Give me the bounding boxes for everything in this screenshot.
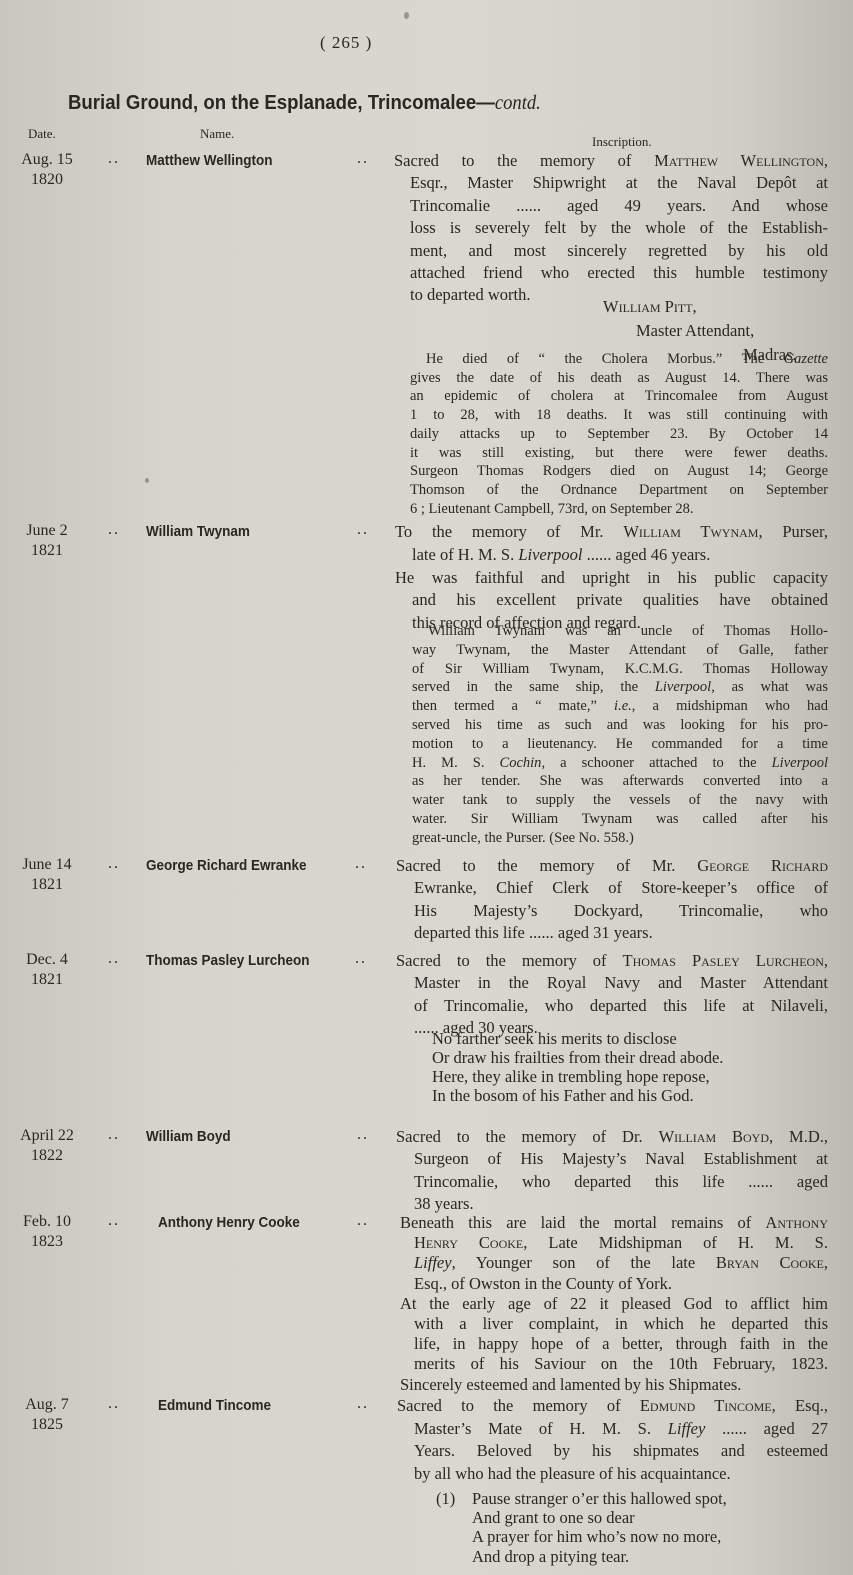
- paper-blemish: [404, 12, 409, 19]
- page-number: ( 265 ): [320, 33, 372, 53]
- leader-dots: ..: [108, 855, 120, 873]
- editor-note-line: then termed a “ mate,” i.e., a midshipma…: [412, 697, 828, 716]
- leader-dots: ..: [357, 150, 369, 168]
- inscription-line: His Majesty’s Dockyard, Trincomalie, who: [414, 900, 828, 922]
- inscription-line: Sacred to the memory of Edmund Tincome, …: [397, 1395, 828, 1417]
- leader-dots: ..: [108, 1126, 120, 1144]
- inscription-line: Esqr., Master Shipwright at the Naval De…: [410, 172, 828, 194]
- editor-note-line: daily attacks up to September 23. By Oct…: [410, 425, 828, 444]
- inscription-signature: William Pitt,: [603, 296, 697, 318]
- inscription-line: Sacred to the memory of Mr. George Richa…: [396, 855, 828, 877]
- inscription-line: attached friend who erected this humble …: [410, 262, 828, 284]
- editor-note-line: Thomson of the Ordnance Department on Se…: [410, 481, 828, 500]
- inscription-line: Master’s Mate of H. M. S. Liffey ...... …: [414, 1418, 828, 1440]
- editor-note-line: 6 ; Lieutenant Campbell, 73rd, on Septem…: [410, 500, 828, 519]
- entry-date: April 221822: [12, 1126, 82, 1166]
- inscription-line: Liffey, Younger son of the late Bryan Co…: [414, 1252, 828, 1274]
- inscription-line: Surgeon of His Majesty’s Naval Establish…: [414, 1148, 828, 1170]
- inscription-line: Henry Cooke, Late Midshipman of H. M. S.: [414, 1232, 828, 1254]
- editor-note-line: Surgeon Thomas Rodgers died on August 14…: [410, 462, 828, 481]
- entry-date: June 21821: [12, 521, 82, 561]
- entry-name: William Boyd: [146, 1128, 231, 1145]
- inscription-line: Sacred to the memory of Matthew Wellingt…: [394, 150, 828, 172]
- entry-name: George Richard Ewranke: [146, 857, 307, 874]
- inscription-line: departed this life ...... aged 31 years.: [414, 922, 828, 944]
- leader-dots: ..: [357, 521, 369, 539]
- leader-dots: ..: [108, 521, 120, 539]
- entry-date: Feb. 101823: [12, 1212, 82, 1252]
- leader-dots: ..: [108, 1395, 120, 1413]
- leader-dots: ..: [357, 1212, 369, 1230]
- leader-dots: ..: [357, 1126, 369, 1144]
- verse-marker: (1): [436, 1488, 455, 1510]
- editor-note-line: He died of “ the Cholera Morbus.” The Ga…: [426, 350, 828, 369]
- editor-note-line: 1 to 28, with 18 deaths. It was still co…: [410, 406, 828, 425]
- inscription-line: Master in the Royal Navy and Master Atte…: [414, 972, 828, 994]
- editor-note-line: as her tender. She was afterwards conver…: [412, 772, 828, 791]
- leader-dots: ..: [108, 150, 120, 168]
- inscription-line: late of H. M. S. Liverpool ...... aged 4…: [412, 544, 828, 566]
- editor-note-line: of Sir William Twynam, K.C.M.G. Thomas H…: [412, 660, 828, 679]
- editor-note-line: served in the same ship, the Liverpool, …: [412, 678, 828, 697]
- inscription-line: Years. Beloved by his shipmates and este…: [414, 1440, 828, 1462]
- title-suffix: contd.: [495, 92, 541, 114]
- entry-date: June 141821: [12, 855, 82, 895]
- inscription-line: Beneath this are laid the mortal remains…: [400, 1212, 828, 1234]
- editor-note-line: William Twynam was an uncle of Thomas Ho…: [428, 622, 828, 641]
- inscription-line: Trincomalie ...... aged 49 years. And wh…: [410, 195, 828, 217]
- inscription-line: merits of his Saviour on the 10th Februa…: [414, 1353, 828, 1375]
- inscription-line: of Trincomalie, who departed this life a…: [414, 995, 828, 1017]
- verse-line: And drop a pitying tear.: [472, 1546, 629, 1568]
- inscription-line: loss is severely felt by the whole of th…: [410, 217, 828, 239]
- leader-dots: ..: [108, 950, 120, 968]
- inscription-line: Sacred to the memory of Dr. William Boyd…: [396, 1126, 828, 1148]
- editor-note-line: water tank to supply the vessels of the …: [412, 791, 828, 810]
- inscription-line: He was faithful and upright in his publi…: [395, 567, 828, 589]
- inscription-line: life, in happy hope of a better, through…: [414, 1333, 828, 1355]
- leader-dots: ..: [108, 1212, 120, 1230]
- inscription-line: To the memory of Mr. William Twynam, Pur…: [395, 521, 828, 543]
- entry-name: Anthony Henry Cooke: [158, 1214, 300, 1231]
- inscription-line: At the early age of 22 it pleased God to…: [400, 1293, 828, 1315]
- editor-note-line: great-uncle, the Purser. (See No. 558.): [412, 829, 828, 848]
- entry-name: Thomas Pasley Lurcheon: [146, 952, 310, 969]
- entry-name: William Twynam: [146, 523, 250, 540]
- leader-dots: ..: [357, 1395, 369, 1413]
- column-header-inscription: Inscription.: [592, 134, 652, 150]
- page-title: Burial Ground, on the Esplanade, Trincom…: [68, 92, 541, 115]
- entry-name: Edmund Tincome: [158, 1397, 271, 1414]
- editor-note-line: motion to a lieutenancy. He commanded fo…: [412, 735, 828, 754]
- editor-note-line: way Twynam, the Master Attendant of Gall…: [412, 641, 828, 660]
- inscription-line: Sincerely esteemed and lamented by his S…: [400, 1374, 828, 1396]
- column-header-name: Name.: [200, 126, 234, 142]
- leader-dots: ..: [355, 950, 367, 968]
- verse-line: In the bosom of his Father and his God.: [432, 1085, 694, 1107]
- inscription-line: ment, and most sincerely regretted by hi…: [410, 240, 828, 262]
- entry-date: Aug. 151820: [12, 150, 82, 190]
- paper-blemish: [145, 478, 149, 483]
- inscription-line: Ewranke, Chief Clerk of Store-keeper’s o…: [414, 877, 828, 899]
- inscription-line: by all who had the pleasure of his acqua…: [414, 1463, 828, 1485]
- leader-dots: ..: [355, 855, 367, 873]
- inscription-signature: Master Attendant,: [636, 320, 754, 342]
- editor-note-line: served his time as such and was looking …: [412, 716, 828, 735]
- inscription-line: and his excellent private qualities have…: [412, 589, 828, 611]
- column-header-date: Date.: [28, 126, 56, 142]
- editor-note-line: H. M. S. Cochin, a schooner attached to …: [412, 754, 828, 773]
- inscription-line: Trincomalie, who departed this life ....…: [414, 1171, 828, 1193]
- editor-note-line: it was still existing, but there were fe…: [410, 444, 828, 463]
- editor-note-line: water. Sir William Twynam was called aft…: [412, 810, 828, 829]
- document-page: ( 265 ) Burial Ground, on the Esplanade,…: [0, 0, 853, 1575]
- title-text: Burial Ground, on the Esplanade, Trincom…: [68, 92, 495, 114]
- editor-note-line: an epidemic of cholera at Trincomalee fr…: [410, 387, 828, 406]
- inscription-line: Sacred to the memory of Thomas Pasley Lu…: [396, 950, 828, 972]
- inscription-line: with a liver complaint, in which he depa…: [414, 1313, 828, 1335]
- entry-name: Matthew Wellington: [146, 152, 272, 169]
- inscription-line: Esq., of Owston in the County of York.: [414, 1273, 828, 1295]
- entry-date: Aug. 71825: [12, 1395, 82, 1435]
- editor-note-line: gives the date of his death as August 14…: [410, 369, 828, 388]
- entry-date: Dec. 41821: [12, 950, 82, 990]
